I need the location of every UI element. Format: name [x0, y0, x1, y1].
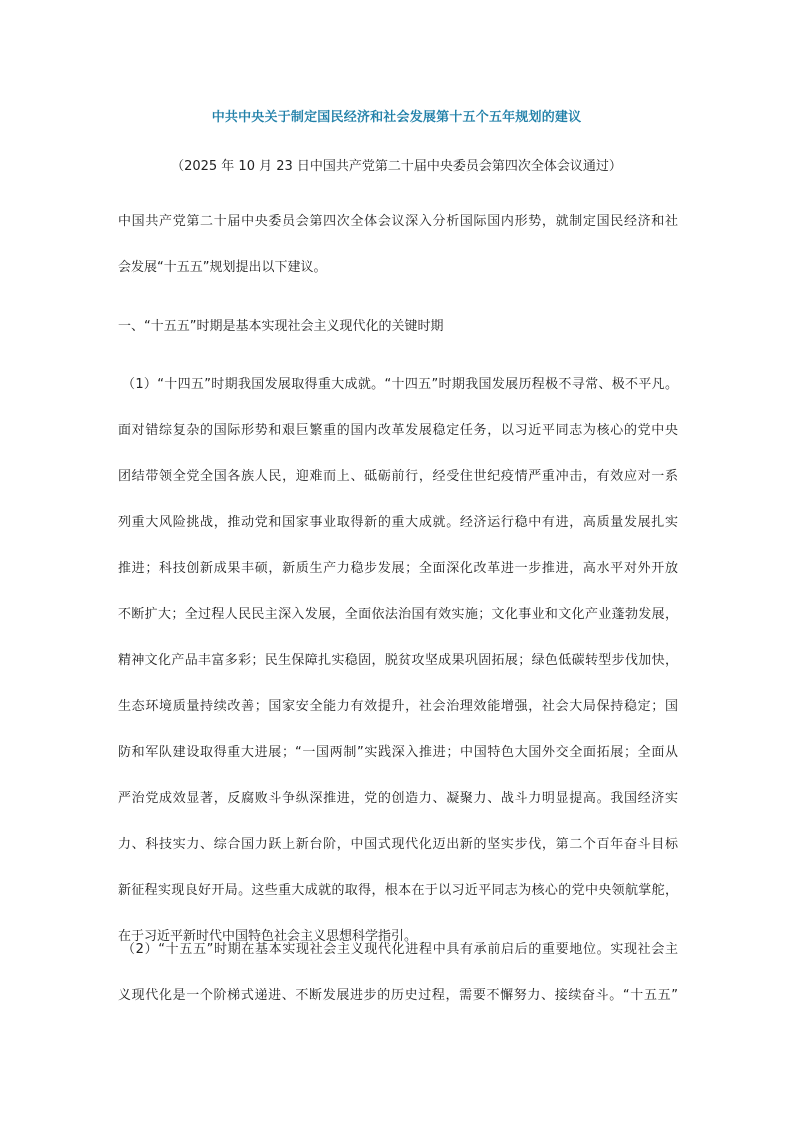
- paragraph-line: 列重大风险挑战，推动党和国家事业取得新的重大成就。经济运行稳中有进，高质量发展扎…: [118, 513, 678, 533]
- paragraph-line: 义现代化是一个阶梯式递进、不断发展进步的历史过程，需要不懈努力、接续奋斗。“十五…: [118, 986, 678, 1006]
- paragraph-line: 力、科技实力、综合国力跃上新台阶，中国式现代化迈出新的坚实步伐，第二个百年奋斗目…: [118, 835, 678, 855]
- paragraph-line: 不断扩大；全过程人民民主深入发展，全面依法治国有效实施；文化事业和文化产业蓬勃发…: [118, 605, 678, 625]
- paragraph-line: （2）“十五五”时期在基本实现社会主义现代化进程中具有承前启后的重要地位。实现社…: [122, 940, 678, 960]
- paragraph-line: 团结带领全党全国各族人民，迎难而上、砥砺前行，经受住世纪疫情严重冲击，有效应对一…: [118, 467, 678, 487]
- paragraph-line: 面对错综复杂的国际形势和艰巨繁重的国内改革发展稳定任务，以习近平同志为核心的党中…: [118, 421, 678, 441]
- paragraph-line: 新征程实现良好开局。这些重大成就的取得，根本在于以习近平同志为核心的党中央领航掌…: [118, 881, 678, 901]
- document-subtitle: （2025 年 10 月 23 日中国共产党第二十届中央委员会第四次全体会议通过…: [0, 155, 793, 174]
- paragraph-line: 防和军队建设取得重大进展；“一国两制”实践深入推进；中国特色大国外交全面拓展；全…: [118, 743, 678, 763]
- document-page: 中共中央关于制定国民经济和社会发展第十五个五年规划的建议 （2025 年 10 …: [0, 0, 793, 1122]
- document-title: 中共中央关于制定国民经济和社会发展第十五个五年规划的建议: [0, 106, 793, 125]
- paragraph-line: 推进；科技创新成果丰硕，新质生产力稳步发展；全面深化改革进一步推进，高水平对外开…: [118, 559, 678, 579]
- paragraph-line: 生态环境质量持续改善；国家安全能力有效提升，社会治理效能增强，社会大局保持稳定；…: [118, 697, 678, 717]
- intro-line: 会发展“十五五”规划提出以下建议。: [118, 258, 678, 278]
- paragraph-line: 精神文化产品丰富多彩；民生保障扎实稳固，脱贫攻坚成果巩固拓展；绿色低碳转型步伐加…: [118, 651, 678, 671]
- paragraph-line: 严治党成效显著，反腐败斗争纵深推进，党的创造力、凝聚力、战斗力明显提高。我国经济…: [118, 789, 678, 809]
- intro-line: 中国共产党第二十届中央委员会第四次全体会议深入分析国际国内形势，就制定国民经济和…: [118, 212, 678, 232]
- paragraph-line: （1）“十四五”时期我国发展取得重大成就。“十四五”时期我国发展历程极不寻常、极…: [122, 375, 678, 395]
- section-heading: 一、“十五五”时期是基本实现社会主义现代化的关键时期: [118, 317, 678, 337]
